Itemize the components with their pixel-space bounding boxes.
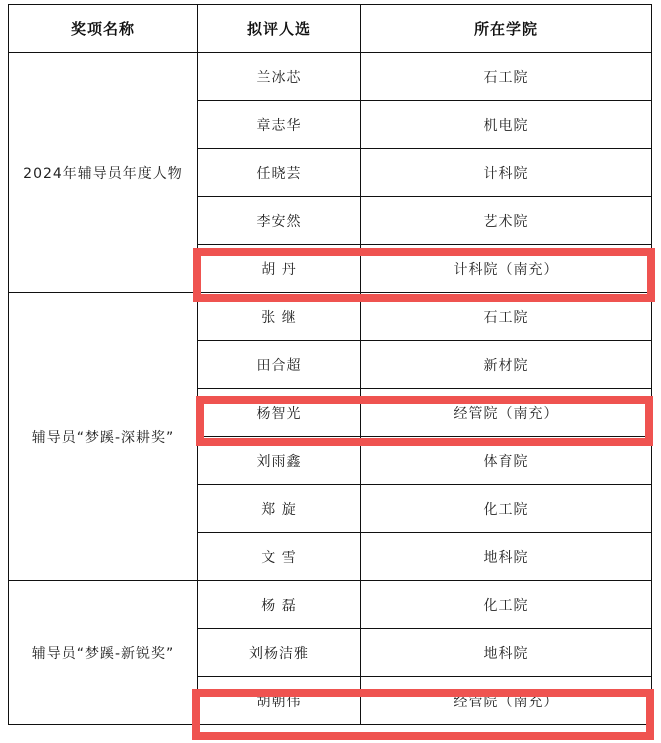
college-cell: 经管院（南充） <box>361 389 652 437</box>
award-cell: 2024年辅导员年度人物 <box>9 53 198 293</box>
college-cell: 体育院 <box>361 437 652 485</box>
candidate-cell: 文 雪 <box>198 533 361 581</box>
candidate-cell: 杨智光 <box>198 389 361 437</box>
header-candidate: 拟评人选 <box>198 5 361 53</box>
candidate-cell: 张 继 <box>198 293 361 341</box>
college-cell: 地科院 <box>361 629 652 677</box>
candidate-cell: 李安然 <box>198 197 361 245</box>
college-cell: 计科院 <box>361 149 652 197</box>
candidate-cell: 任晓芸 <box>198 149 361 197</box>
college-cell: 化工院 <box>361 581 652 629</box>
candidate-cell: 胡朝伟 <box>198 677 361 725</box>
college-cell: 计科院（南充） <box>361 245 652 293</box>
college-cell: 地科院 <box>361 533 652 581</box>
table-row: 辅导员“梦蹊-深耕奖” 张 继 石工院 <box>9 293 652 341</box>
candidate-cell: 胡 丹 <box>198 245 361 293</box>
college-cell: 新材院 <box>361 341 652 389</box>
candidate-cell: 刘杨洁雅 <box>198 629 361 677</box>
header-row: 奖项名称 拟评人选 所在学院 <box>9 5 652 53</box>
college-cell: 艺术院 <box>361 197 652 245</box>
header-award-name: 奖项名称 <box>9 5 198 53</box>
table-row: 2024年辅导员年度人物 兰冰芯 石工院 <box>9 53 652 101</box>
header-college: 所在学院 <box>361 5 652 53</box>
college-cell: 石工院 <box>361 293 652 341</box>
college-cell: 石工院 <box>361 53 652 101</box>
table-row: 辅导员“梦蹊-新锐奖” 杨 磊 化工院 <box>9 581 652 629</box>
awards-table: 奖项名称 拟评人选 所在学院 2024年辅导员年度人物 兰冰芯 石工院 章志华 … <box>8 4 652 725</box>
award-cell: 辅导员“梦蹊-深耕奖” <box>9 293 198 581</box>
college-cell: 经管院（南充） <box>361 677 652 725</box>
candidate-cell: 兰冰芯 <box>198 53 361 101</box>
candidate-cell: 郑 旋 <box>198 485 361 533</box>
candidate-cell: 刘雨鑫 <box>198 437 361 485</box>
college-cell: 化工院 <box>361 485 652 533</box>
candidate-cell: 杨 磊 <box>198 581 361 629</box>
award-cell: 辅导员“梦蹊-新锐奖” <box>9 581 198 725</box>
candidate-cell: 田合超 <box>198 341 361 389</box>
college-cell: 机电院 <box>361 101 652 149</box>
candidate-cell: 章志华 <box>198 101 361 149</box>
